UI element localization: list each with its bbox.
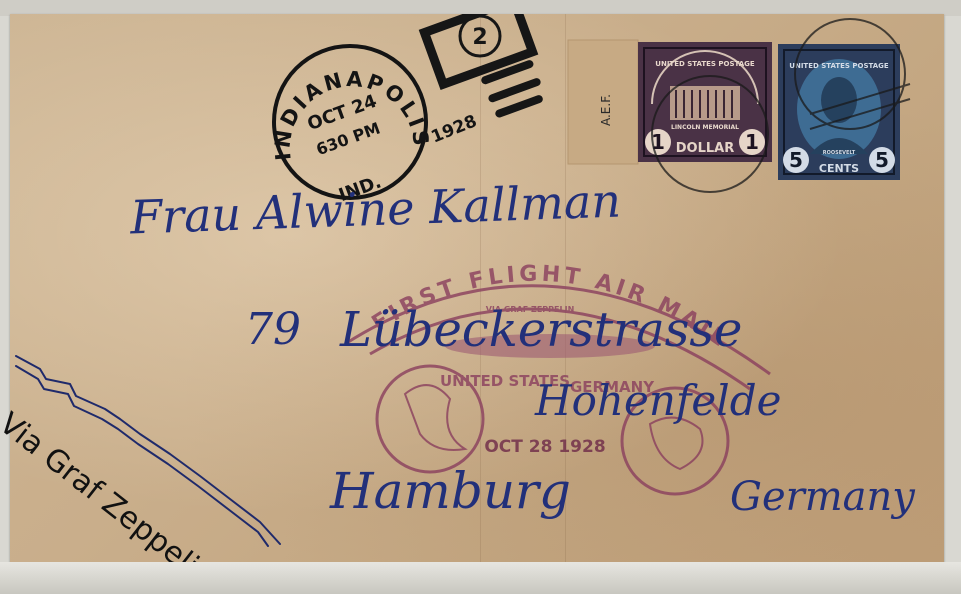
stamp-country-text: UNITED STATES POSTAGE	[789, 62, 889, 70]
envelope: INDIANAPOLIS OCT 24 630 PM IND. 1928 2 A…	[10, 14, 944, 564]
address-house-number: 79	[245, 304, 301, 355]
address-district: Hohenfelde	[535, 376, 781, 425]
stamp-denomination-word: DOLLAR	[676, 141, 734, 156]
address-street: Lübeckerstrasse	[340, 302, 742, 358]
stamp-caption: LINCOLN MEMORIAL	[671, 124, 739, 131]
address-country: Germany	[730, 474, 915, 520]
address-city: Hamburg	[330, 462, 571, 520]
stamp-numeral-left: 5	[789, 148, 803, 172]
stamp-numeral-right: 5	[875, 148, 889, 172]
stamp-caption: ROOSEVELT	[823, 150, 856, 156]
stamp-denomination-word: CENTS	[819, 162, 859, 175]
postmark-year: 1928	[428, 111, 479, 147]
stamp-country-text: UNITED STATES POSTAGE	[655, 60, 755, 68]
selvage-text: A.E.F.	[599, 94, 613, 126]
scanner-frame-bottom	[0, 562, 961, 594]
selvage-tab: A.E.F.	[568, 40, 638, 164]
killer-number: 2	[472, 25, 487, 50]
stamp-numeral-right: 1	[745, 130, 759, 154]
killer-cancel: 2	[424, 14, 543, 119]
cachet-date: OCT 28 1928	[484, 437, 605, 457]
stamp-lincoln-memorial: UNITED STATES POSTAGE LINCOLN MEMORIAL 1…	[638, 42, 772, 162]
